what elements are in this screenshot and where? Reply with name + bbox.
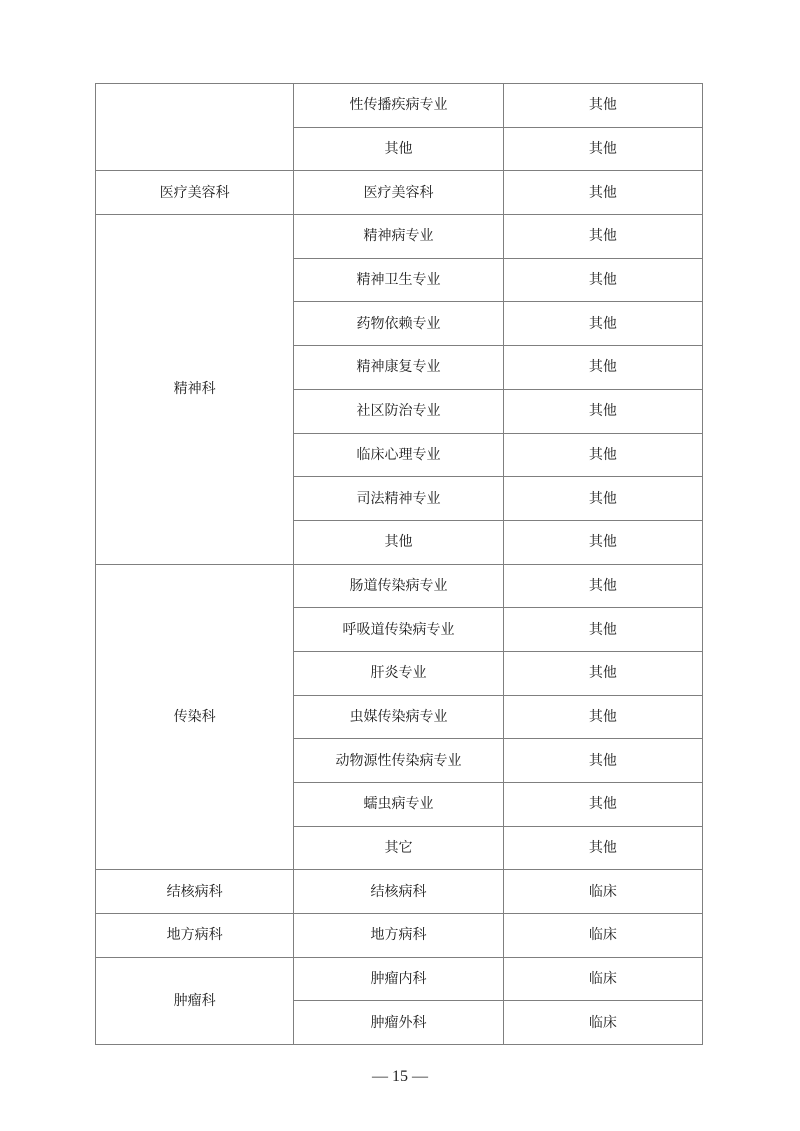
specialty-cell: 呼吸道传染病专业 (294, 608, 503, 652)
specialty-cell: 医疗美容科 (294, 171, 503, 215)
category-cell: 其他 (503, 258, 702, 302)
specialty-cell: 蠕虫病专业 (294, 783, 503, 827)
page-number: — 15 — (0, 1068, 800, 1086)
specialty-cell: 动物源性传染病专业 (294, 739, 503, 783)
table-row: 性传播疾病专业 其他 (96, 84, 703, 128)
specialty-cell: 虫媒传染病专业 (294, 695, 503, 739)
category-cell: 其他 (503, 739, 702, 783)
specialty-cell: 其他 (294, 127, 503, 171)
table-row: 传染科 肠道传染病专业 其他 (96, 564, 703, 608)
specialty-cell: 肝炎专业 (294, 651, 503, 695)
specialty-cell: 肿瘤内科 (294, 957, 503, 1001)
category-cell: 其他 (503, 695, 702, 739)
category-cell: 临床 (503, 1001, 702, 1045)
table-row: 结核病科 结核病科 临床 (96, 870, 703, 914)
specialty-cell: 精神康复专业 (294, 346, 503, 390)
department-specialty-table: 性传播疾病专业 其他 其他 其他 医疗美容科 医疗美容科 其他 精神科 精神病专… (95, 83, 703, 1045)
category-cell: 其他 (503, 826, 702, 870)
department-cell: 结核病科 (96, 870, 294, 914)
category-cell: 其他 (503, 433, 702, 477)
category-cell: 其他 (503, 389, 702, 433)
category-cell: 其他 (503, 608, 702, 652)
category-cell: 临床 (503, 957, 702, 1001)
table-row: 医疗美容科 医疗美容科 其他 (96, 171, 703, 215)
category-cell: 其他 (503, 783, 702, 827)
specialty-cell: 精神卫生专业 (294, 258, 503, 302)
category-cell: 其他 (503, 171, 702, 215)
category-cell: 临床 (503, 914, 702, 958)
specialty-cell: 临床心理专业 (294, 433, 503, 477)
category-cell: 其他 (503, 477, 702, 521)
table-row: 精神科 精神病专业 其他 (96, 215, 703, 259)
department-cell: 地方病科 (96, 914, 294, 958)
category-cell: 其他 (503, 127, 702, 171)
department-cell: 精神科 (96, 215, 294, 565)
category-cell: 其他 (503, 564, 702, 608)
table-row: 肿瘤科 肿瘤内科 临床 (96, 957, 703, 1001)
specialty-cell: 精神病专业 (294, 215, 503, 259)
specialty-cell: 药物依赖专业 (294, 302, 503, 346)
specialty-cell: 其它 (294, 826, 503, 870)
category-cell: 其他 (503, 302, 702, 346)
category-cell: 其他 (503, 346, 702, 390)
department-cell: 肿瘤科 (96, 957, 294, 1044)
department-cell: 医疗美容科 (96, 171, 294, 215)
specialty-cell: 性传播疾病专业 (294, 84, 503, 128)
department-cell: 传染科 (96, 564, 294, 870)
specialty-cell: 司法精神专业 (294, 477, 503, 521)
category-cell: 其他 (503, 215, 702, 259)
specialty-cell: 肠道传染病专业 (294, 564, 503, 608)
specialty-cell: 地方病科 (294, 914, 503, 958)
department-cell (96, 84, 294, 171)
category-cell: 其他 (503, 84, 702, 128)
table-row: 地方病科 地方病科 临床 (96, 914, 703, 958)
category-cell: 其他 (503, 520, 702, 564)
specialty-cell: 结核病科 (294, 870, 503, 914)
category-cell: 其他 (503, 651, 702, 695)
specialty-cell: 社区防治专业 (294, 389, 503, 433)
specialty-cell: 肿瘤外科 (294, 1001, 503, 1045)
specialty-cell: 其他 (294, 520, 503, 564)
category-cell: 临床 (503, 870, 702, 914)
